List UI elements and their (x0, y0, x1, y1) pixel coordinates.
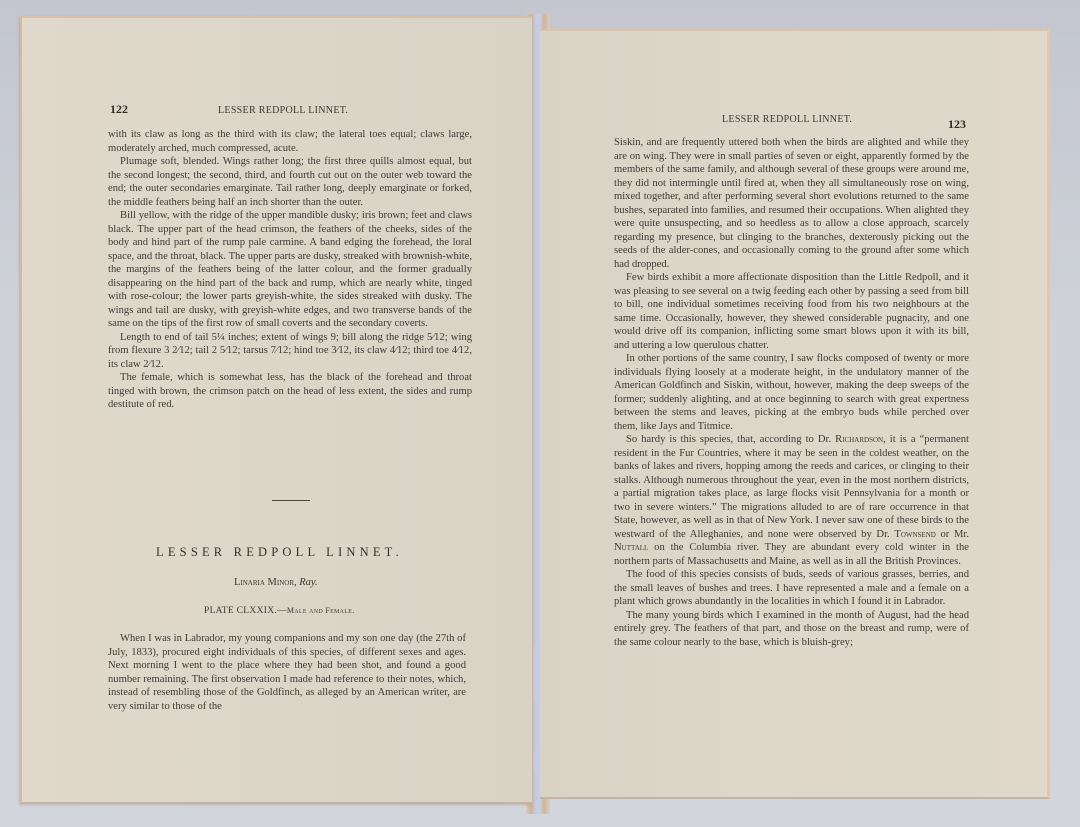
authority: Ray. (299, 577, 317, 588)
running-head: LESSER REDPOLL LINNET. (218, 105, 348, 116)
left-page: 122 LESSER REDPOLL LINNET. with its claw… (20, 16, 532, 804)
paragraph: Bill yellow, with the ridge of the upper… (108, 209, 472, 331)
page-number: 122 (110, 102, 128, 117)
paragraph: Siskin, and are frequently uttered both … (614, 136, 969, 271)
paragraph: Few birds exhibit a more affectionate di… (614, 271, 969, 352)
text-run: on the Columbia river. They are abundant… (614, 542, 969, 567)
section-divider (272, 500, 310, 501)
plate-caption: PLATE CLXXIX.—Male and Female. (204, 606, 355, 616)
text-run: So hardy is this species, that, accordin… (626, 434, 835, 445)
description-text: with its claw as long as the third with … (108, 128, 472, 412)
scientific-name: Linaria Minor, Ray. (234, 577, 318, 588)
paragraph: The many young birds which I examined in… (614, 609, 969, 650)
person-name: Richardson (835, 434, 883, 445)
plate-subject: Male and Female. (287, 606, 355, 615)
paragraph: with its claw as long as the third with … (108, 128, 472, 155)
text-run: , it is a “permanent resident in the Fur… (614, 434, 969, 540)
narrative-text: Siskin, and are frequently uttered both … (614, 136, 969, 649)
person-name: Townsend (894, 529, 935, 540)
text-run: or Mr. (936, 529, 969, 540)
paragraph: In other portions of the same country, I… (614, 352, 969, 433)
right-page: LESSER REDPOLL LINNET. 123 Siskin, and a… (540, 29, 1050, 799)
species-name: Linaria Minor, (234, 577, 297, 588)
page-number: 123 (948, 117, 966, 132)
narrative-text: When I was in Labrador, my young compani… (108, 632, 466, 713)
plate-number: PLATE CLXXIX.— (204, 606, 287, 616)
running-head: LESSER REDPOLL LINNET. (722, 114, 852, 125)
paragraph: Plumage soft, blended. Wings rather long… (108, 155, 472, 209)
paragraph: So hardy is this species, that, accordin… (614, 433, 969, 568)
paragraph: The female, which is somewhat less, has … (108, 371, 472, 412)
paragraph: When I was in Labrador, my young compani… (108, 632, 466, 713)
section-title: LESSER REDPOLL LINNET. (156, 545, 403, 560)
measurements-paragraph: Length to end of tail 5¼ inches; extent … (108, 331, 472, 372)
paragraph: The food of this species consists of bud… (614, 568, 969, 609)
person-name: Nuttall (614, 542, 648, 553)
